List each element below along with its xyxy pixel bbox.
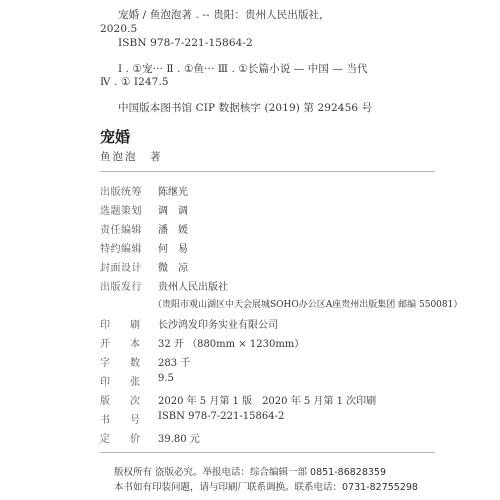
cip-line-isbn: ISBN 978-7-221-15864-2 bbox=[118, 37, 253, 49]
spec-label-b: 本 bbox=[130, 335, 140, 350]
spec-value: 2020 年 5 月第 1 版 2020 年 5 月第 1 次印刷 bbox=[158, 392, 376, 407]
credit-value: 贵州人民出版社 bbox=[158, 278, 228, 293]
credit-value: 调 调 bbox=[158, 202, 188, 217]
cip-line-class-number: Ⅳ . ① I247.5 bbox=[100, 76, 169, 88]
spec-label-b: 价 bbox=[130, 430, 140, 445]
copyright-notice: 版权所有 盗版必究。举报电话：综合编辑一部 0851-86828359 bbox=[114, 464, 386, 478]
spec-label-a: 定 bbox=[100, 430, 110, 445]
cip-line-title-author-publisher: 宠婚 / 鱼泡泡著 . -- 贵阳：贵州人民出版社， bbox=[118, 7, 330, 22]
cip-line-classification: Ⅰ . ①宠··· Ⅱ . ①鱼··· Ⅲ . ①长篇小说 — 中国 — 当代 bbox=[118, 61, 368, 76]
cip-line-date: 2020.5 bbox=[100, 23, 137, 35]
printing-issue-notice: 本书如有印装问题，请与印刷厂联系调换。联系电话：0731-82755298 bbox=[114, 479, 418, 493]
book-author: 鱼泡泡 著 bbox=[100, 149, 163, 164]
spec-label-a: 印 bbox=[100, 373, 110, 388]
spec-value: ISBN 978-7-221-15864-2 bbox=[158, 411, 284, 422]
spec-label-b: 刷 bbox=[130, 316, 140, 331]
spec-label-b: 次 bbox=[130, 392, 140, 407]
credit-value: 微 凉 bbox=[158, 259, 188, 274]
divider-bottom bbox=[100, 452, 435, 453]
spec-label-b: 号 bbox=[130, 411, 140, 426]
spec-value: 9.5 bbox=[158, 373, 174, 384]
credit-value: 陈继光 bbox=[158, 183, 188, 198]
credit-label: 出版统筹 bbox=[100, 183, 150, 198]
spec-value: 283 千 bbox=[158, 354, 190, 369]
credit-label: 选题策划 bbox=[100, 202, 150, 217]
book-title: 宠婚 bbox=[100, 126, 130, 147]
divider-top bbox=[100, 171, 435, 172]
credit-label: 出版发行 bbox=[100, 278, 150, 293]
publisher-address: （贵阳市观山湖区中天会展城SOHO办公区A座贵州出版集团 邮编 550081） bbox=[153, 297, 462, 310]
cip-data-number: 中国版本图书馆 CIP 数据核字 (2019) 第 292456 号 bbox=[118, 100, 372, 115]
spec-label-a: 开 bbox=[100, 335, 110, 350]
spec-label-a: 印 bbox=[100, 316, 110, 331]
credit-value: 何 易 bbox=[158, 240, 188, 255]
credit-label: 封面设计 bbox=[100, 259, 150, 274]
spec-label-b: 张 bbox=[130, 373, 140, 388]
spec-label-b: 数 bbox=[130, 354, 140, 369]
spec-value: 32 开 （880mm × 1230mm） bbox=[158, 335, 304, 350]
spec-label-a: 字 bbox=[100, 354, 110, 369]
credit-label: 特约编辑 bbox=[100, 240, 150, 255]
spec-label-a: 书 bbox=[100, 411, 110, 426]
credit-value: 潘 媛 bbox=[158, 221, 188, 236]
spec-label-a: 版 bbox=[100, 392, 110, 407]
spec-value: 长沙鸿发印务实业有限公司 bbox=[158, 316, 278, 331]
credit-label: 责任编辑 bbox=[100, 221, 150, 236]
spec-value: 39.80 元 bbox=[158, 430, 200, 445]
